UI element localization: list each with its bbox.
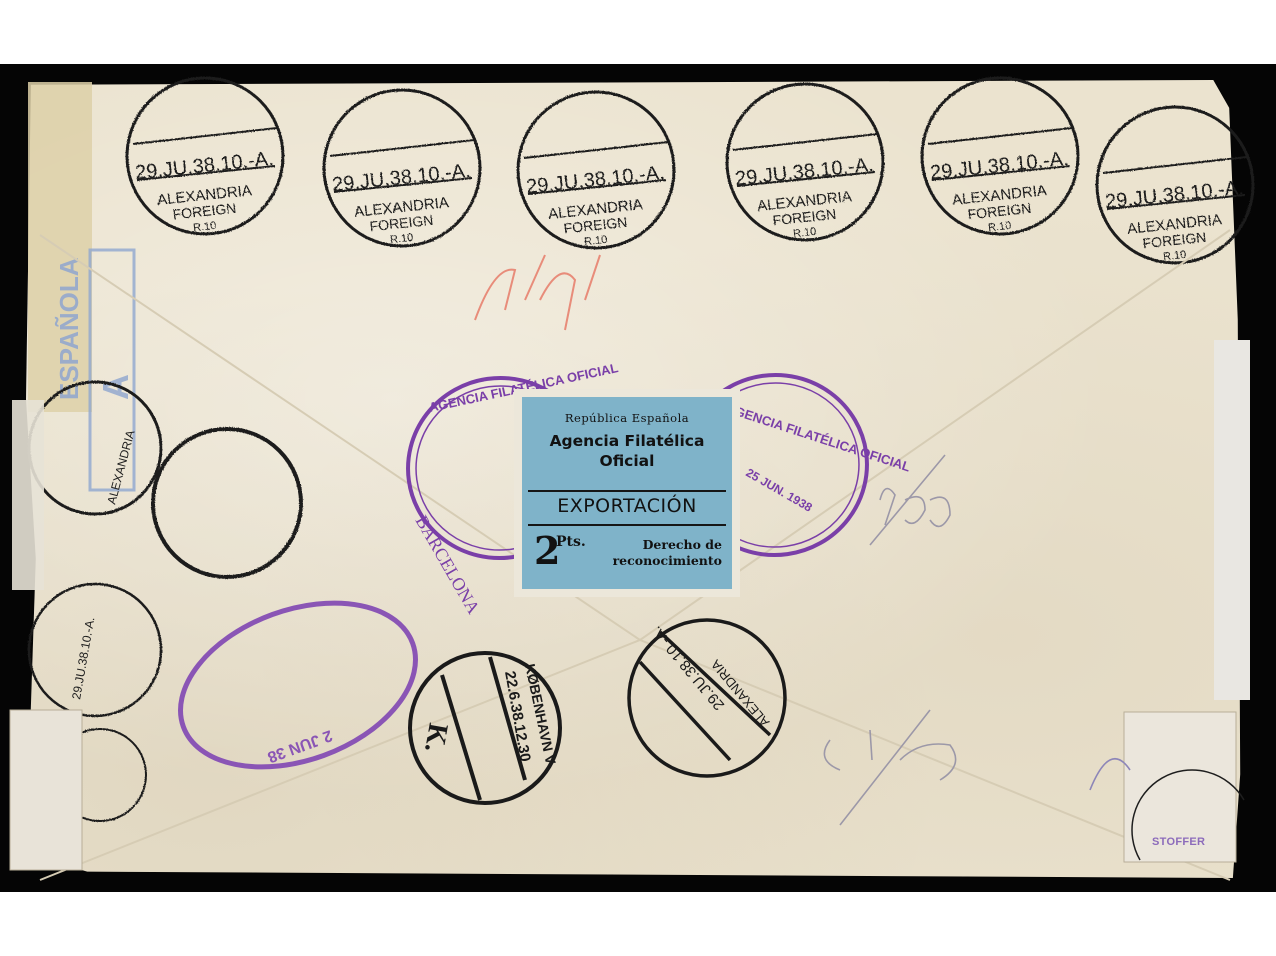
label-oficial-line: Oficial (522, 451, 732, 471)
label-agencia-line: Agencia Filatélica (522, 431, 732, 451)
left-postmark-date: 29.JU.38.10.-A. (69, 616, 97, 701)
label-rule (528, 490, 726, 492)
kobenhavn-oval-date: 2 JUN 38 (265, 726, 334, 765)
postmark-text: 29.JU.38.10.-A. (525, 162, 666, 198)
postmark-text: 29.JU.38.10.-A. (929, 148, 1070, 184)
postmark-text: R.10 (583, 234, 607, 248)
right-tape-strip (1214, 340, 1250, 700)
label-republica: República Española (522, 411, 732, 425)
red-pencil-mark (475, 255, 600, 330)
pencil-mark-bottom (824, 710, 955, 825)
postmark-text: 29.JU.38.10.-A. (1104, 177, 1245, 213)
label-rule (528, 524, 726, 526)
postmark-text: 29.JU.38.10.-A. (331, 160, 472, 196)
pencil-mark-right (870, 455, 950, 545)
export-label-face: República Española Agencia Filatélica Of… (522, 397, 732, 589)
barcelona-oval-date: 25 JUN. 1938 (744, 465, 815, 514)
censor-text: ESPAÑOLA (54, 257, 84, 400)
alexandria-postmark-row: 29.JU.38.10.-A.ALEXANDRIAFOREIGNR.1029.J… (127, 78, 1253, 263)
copenhagen-postmark-letter: K. (418, 721, 454, 755)
postmark-text: R.10 (792, 226, 816, 240)
censor-box-text: A (95, 374, 136, 400)
postmark-text: R.10 (192, 220, 216, 234)
label-fee-line1: Derecho de (613, 537, 722, 553)
postmark-text: 29.JU.38.10.-A. (134, 148, 275, 184)
barcelona-oval-top-text-right: AGENCIA FILATÉLICA OFICIAL (724, 401, 912, 475)
label-exportacion: EXPORTACIÓN (522, 495, 732, 517)
label-fee-line2: reconocimiento (613, 553, 722, 569)
stoffer-mark: STOFFER (1152, 836, 1205, 848)
label-value-unit: Pts. (556, 534, 586, 550)
postmark-text: R.10 (1162, 249, 1186, 263)
export-label: República Española Agencia Filatélica Of… (514, 389, 740, 597)
kobenhavn-oval-cancel (158, 573, 439, 797)
postmark-text: R.10 (987, 220, 1011, 234)
label-fee-text: Derecho de reconocimiento (613, 537, 722, 569)
postmark-text: 29.JU.38.10.-A. (734, 154, 875, 190)
postmark-text: R.10 (389, 232, 413, 246)
label-agencia: Agencia Filatélica Oficial (522, 431, 732, 471)
